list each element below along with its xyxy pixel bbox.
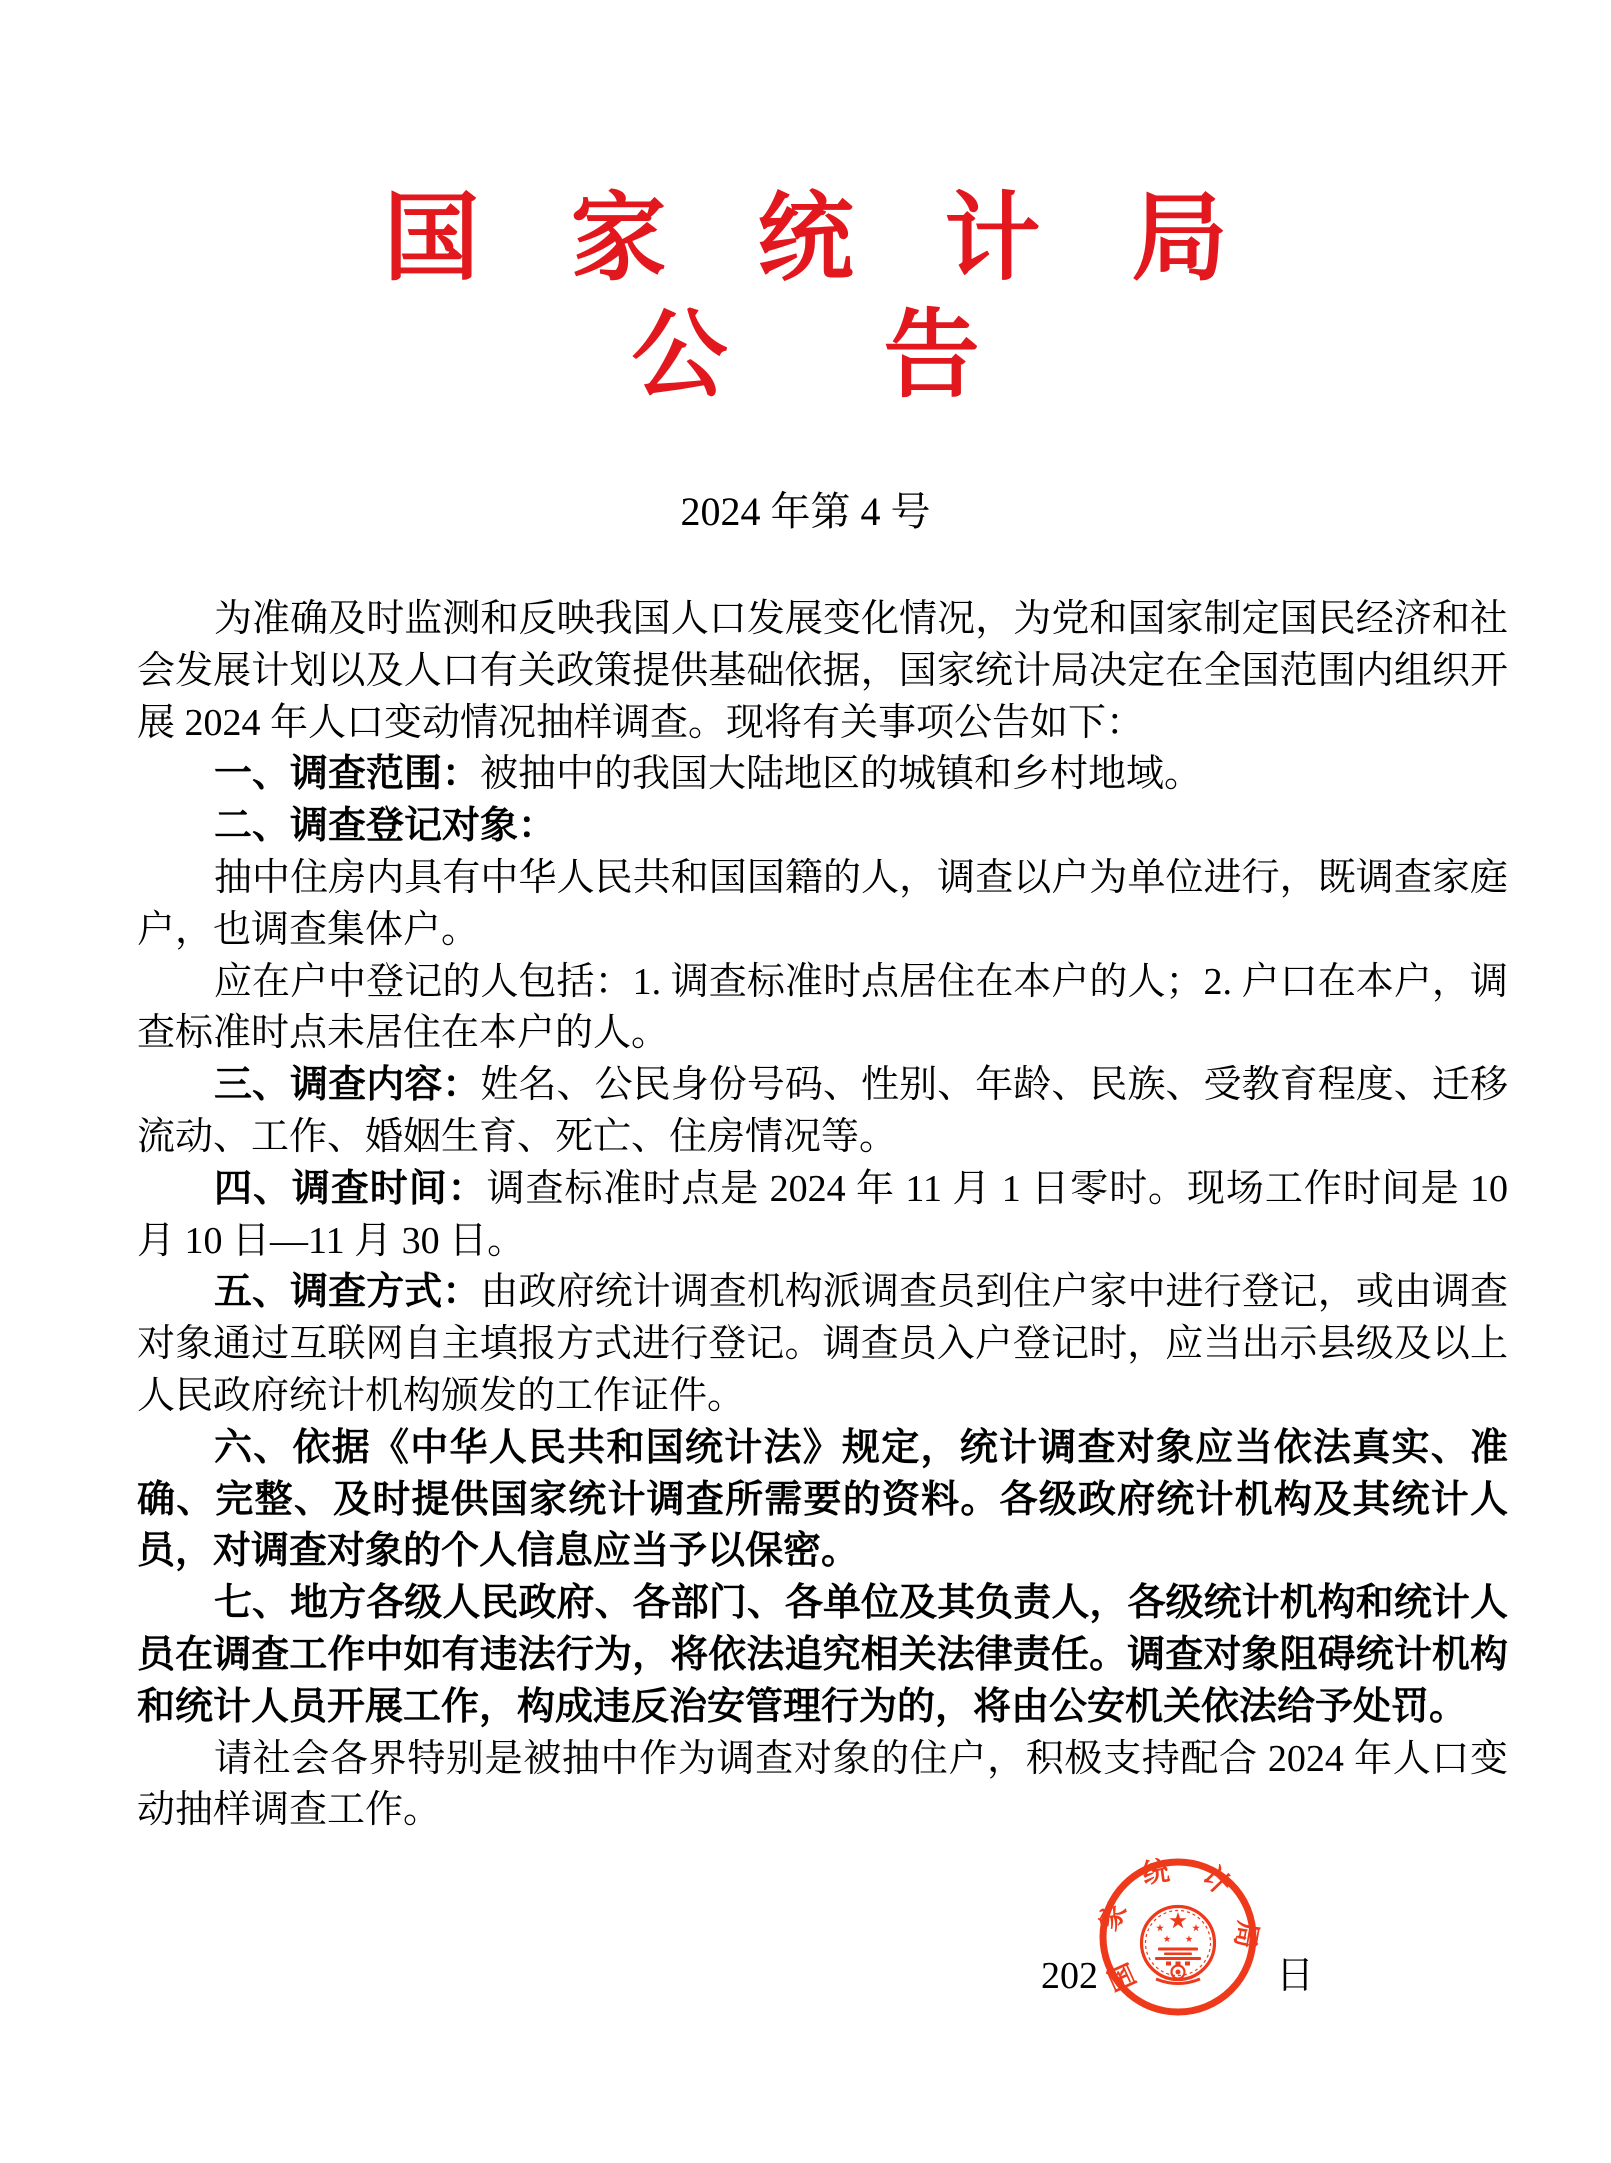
text-run: 为准确及时监测和反映我国人口发展变化情况，为党和国家制定国民经济和社会发展计划以… [137, 598, 1508, 744]
text-run: 请社会各界特别是被抽中作为调查对象的住户，积极支持配合 2024 年人口变动抽样… [137, 1738, 1508, 1832]
doc-number: 2024 年第 4 号 [0, 488, 1611, 536]
paragraph: 请社会各界特别是被抽中作为调查对象的住户，积极支持配合 2024 年人口变动抽样… [137, 1734, 1508, 1838]
text-run: 抽中住房内具有中华人民共和国国籍的人，调查以户为单位进行，既调查家庭户，也调查集… [137, 857, 1508, 951]
emblem-gate [1155, 1948, 1201, 1966]
emblem-small-star [1163, 1935, 1170, 1942]
bold-text-run: 三、调查内容： [214, 1064, 480, 1106]
date-visible-left: 202 [1041, 1957, 1098, 1995]
paragraph: 一、调查范围：被抽中的我国大陆地区的城镇和乡村地域。 [137, 749, 1508, 801]
doc-title-line2: 公告 [0, 308, 1611, 404]
national-emblem-icon [1142, 1907, 1215, 1984]
bold-text-run: 一、调查范围： [214, 753, 480, 795]
body-paragraphs: 为准确及时监测和反映我国人口发展变化情况，为党和国家制定国民经济和社会发展计划以… [137, 594, 1508, 1837]
bold-text-run: 五、调查方式： [214, 1271, 480, 1313]
emblem-gear-hub [1176, 1970, 1181, 1975]
doc-title-line1: 国家统计局 [0, 191, 1611, 287]
emblem-small-star [1185, 1935, 1192, 1942]
official-seal: 国家统计局 [1093, 1855, 1263, 2019]
bold-text-run: 二、调查登记对象： [214, 805, 556, 847]
text-run: 应在户中登记的人包括：1. 调查标准时点居住在本户的人；2. 户口在本户，调查标… [137, 961, 1508, 1055]
bold-text-run: 七、地方各级人民政府、各部门、各单位及其负责人，各级统计机构和统计人员在调查工作… [137, 1582, 1508, 1728]
emblem-small-star [1156, 1924, 1164, 1931]
paragraph: 应在户中登记的人包括：1. 调查标准时点居住在本户的人；2. 户口在本户，调查标… [137, 957, 1508, 1061]
paragraph: 二、调查登记对象： [137, 801, 1508, 853]
date-visible-right: 日 [1276, 1957, 1314, 1995]
paragraph: 为准确及时监测和反映我国人口发展变化情况，为党和国家制定国民经济和社会发展计划以… [137, 594, 1508, 749]
paragraph: 四、调查时间：调查标准时点是 2024 年 11 月 1 日零时。现场工作时间是… [137, 1164, 1508, 1268]
paragraph: 抽中住房内具有中华人民共和国国籍的人，调查以户为单位进行，既调查家庭户，也调查集… [137, 853, 1508, 957]
emblem-big-star [1169, 1912, 1186, 1928]
emblem-small-star [1192, 1924, 1200, 1931]
paragraph: 三、调查内容：姓名、公民身份号码、性别、年龄、民族、受教育程度、迁移流动、工作、… [137, 1060, 1508, 1164]
paragraph: 六、依据《中华人民共和国统计法》规定，统计调查对象应当依法真实、准确、完整、及时… [137, 1423, 1508, 1578]
text-run: 被抽中的我国大陆地区的城镇和乡村地域。 [480, 753, 1202, 795]
paragraph: 五、调查方式：由政府统计调查机构派调查员到住户家中进行登记，或由调查对象通过互联… [137, 1267, 1508, 1422]
bold-text-run: 四、调查时间： [214, 1168, 487, 1210]
document-page: 国家统计局 公告 2024 年第 4 号 为准确及时监测和反映我国人口发展变化情… [0, 0, 1611, 2163]
paragraph: 七、地方各级人民政府、各部门、各单位及其负责人，各级统计机构和统计人员在调查工作… [137, 1578, 1508, 1733]
bold-text-run: 六、依据《中华人民共和国统计法》规定，统计调查对象应当依法真实、准确、完整、及时… [137, 1427, 1508, 1573]
